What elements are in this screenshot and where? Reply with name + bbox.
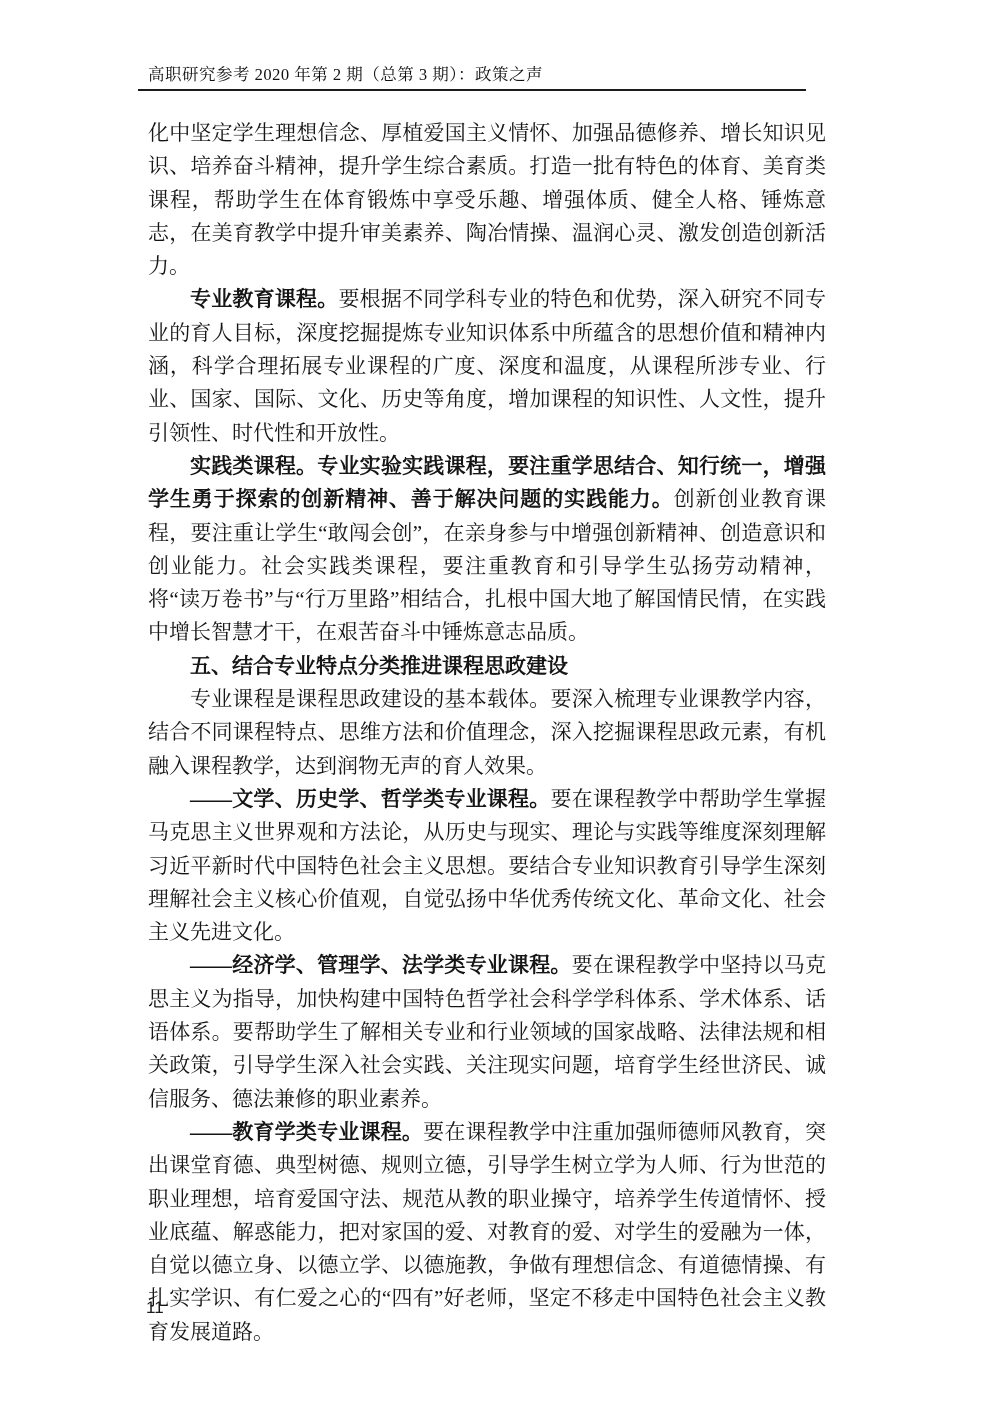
paragraph-literature-history-philosophy: ——文学、历史学、哲学类专业课程。要在课程教学中帮助学生掌握马克思主义世界观和方… — [148, 783, 826, 949]
paragraph-continuation: 化中坚定学生理想信念、厚植爱国主义情怀、加强品德修养、增长知识见识、培养奋斗精神… — [148, 117, 826, 283]
document-body: 化中坚定学生理想信念、厚植爱国主义情怀、加强品德修养、增长知识见识、培养奋斗精神… — [148, 117, 826, 1349]
paragraph-practice-courses: 实践类课程。专业实验实践课程，要注重学思结合、知行统一，增强学生勇于探索的创新精… — [148, 450, 826, 650]
paragraph-lead: ——文学、历史学、哲学类专业课程。 — [190, 787, 550, 811]
journal-header: 高职研究参考 2020 年第 2 期（总第 3 期）：政策之声 — [148, 61, 828, 85]
paragraph-professional-courses-carrier: 专业课程是课程思政建设的基本载体。要深入梳理专业课教学内容，结合不同课程特点、思… — [148, 683, 826, 783]
page-number: 11 — [146, 1298, 164, 1318]
header-divider — [138, 89, 806, 91]
section-heading-five: 五、结合专业特点分类推进课程思政建设 — [148, 650, 826, 683]
section-heading-text: 五、结合专业特点分类推进课程思政建设 — [190, 654, 568, 678]
paragraph-education-courses: ——教育学类专业课程。要在课程教学中注重加强师德师风教育，突出课堂育德、典型树德… — [148, 1116, 826, 1349]
paragraph-professional-education-courses: 专业教育课程。要根据不同学科专业的特色和优势，深入研究不同专业的育人目标，深度挖… — [148, 283, 826, 449]
paragraph-text: 专业课程是课程思政建设的基本载体。要深入梳理专业课教学内容，结合不同课程特点、思… — [148, 687, 826, 778]
paragraph-text: 要在课程教学中注重加强师德师风教育，突出课堂育德、典型树德、规则立德，引导学生树… — [148, 1120, 826, 1344]
paragraph-text: 化中坚定学生理想信念、厚植爱国主义情怀、加强品德修养、增长知识见识、培养奋斗精神… — [148, 121, 826, 278]
paragraph-lead: ——经济学、管理学、法学类专业课程。 — [190, 953, 572, 977]
paragraph-lead: 专业教育课程。 — [190, 287, 338, 311]
paragraph-economics-management-law: ——经济学、管理学、法学类专业课程。要在课程教学中坚持以马克思主义为指导，加快构… — [148, 949, 826, 1115]
paragraph-lead: ——教育学类专业课程。 — [190, 1120, 423, 1144]
document-page: 高职研究参考 2020 年第 2 期（总第 3 期）：政策之声 化中坚定学生理想… — [0, 0, 1000, 1414]
